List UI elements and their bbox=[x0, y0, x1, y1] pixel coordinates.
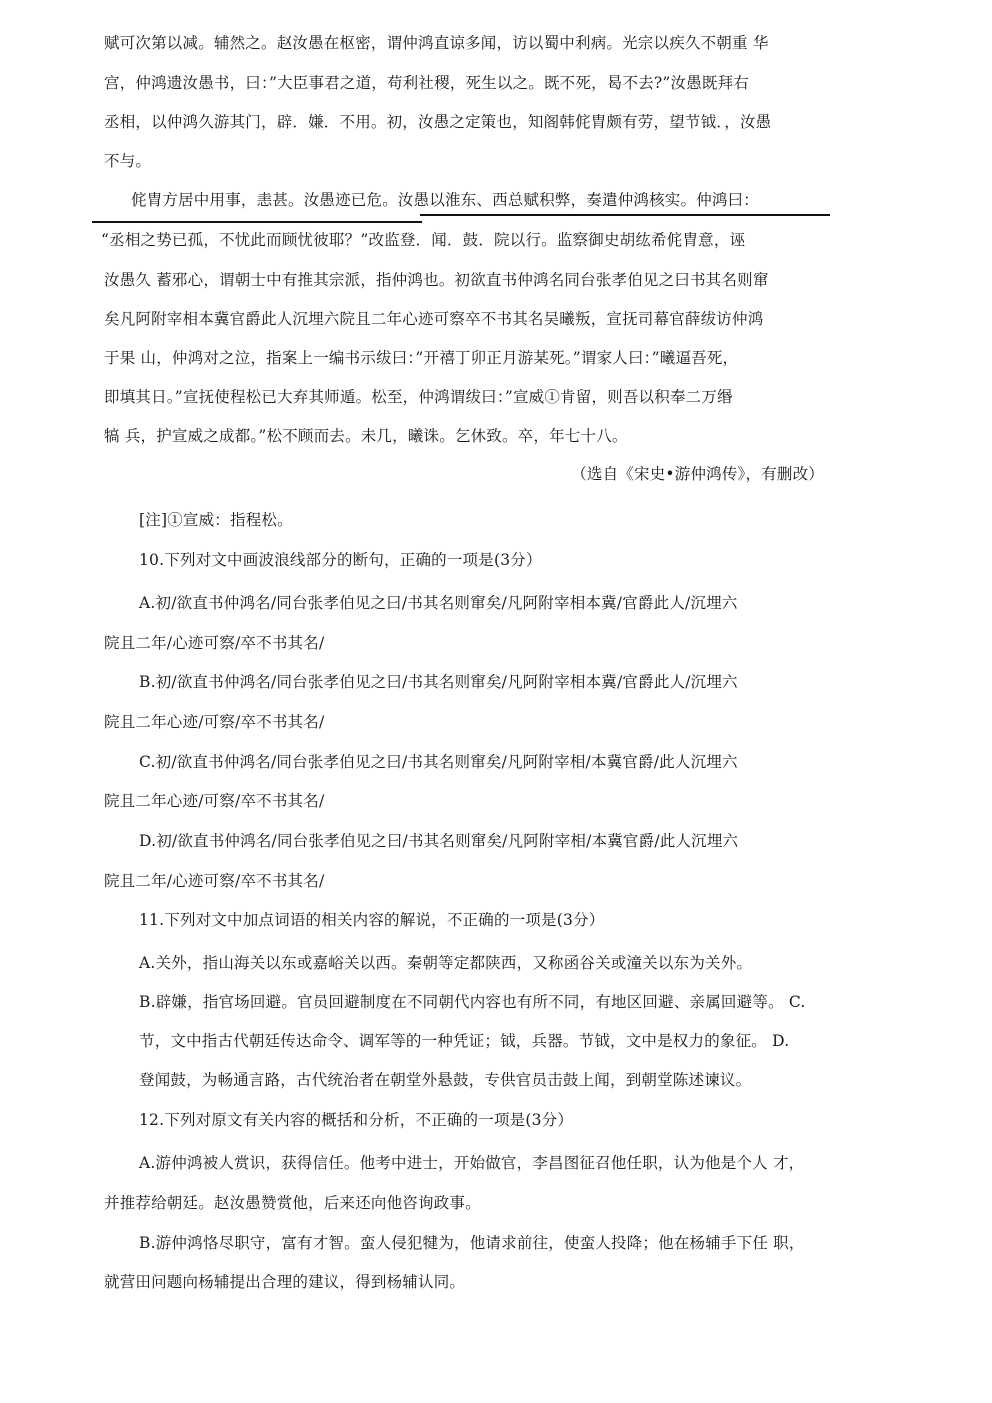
wavy-underline-mark bbox=[92, 221, 422, 223]
question-stem: 11.下列对文中加点词语的相关内容的解说，不正确的一项是(3分） bbox=[139, 910, 604, 930]
option-c-line-1: C.初/欲直书仲鸿名/同台张孝伯见之曰/书其名则窜矣/凡阿附宰相/本冀官爵/此人… bbox=[139, 752, 738, 772]
footnote: [注]①宣威：指程松。 bbox=[139, 510, 293, 530]
passage-line: 宫，仲鸿遗汝愚书，曰：”大臣事君之道，苟利社稷，死生以之。既不死，曷不去?”汝愚… bbox=[104, 73, 749, 93]
passage-line: 汝愚久 蓄邪心，谓朝士中有推其宗派，指仲鸿也。初欲直书仲鸿名同台张孝伯见之曰书其… bbox=[104, 270, 769, 290]
option-a-line-2: 并推荐给朝廷。赵汝愚赞赏他，后来还向他咨询政事。 bbox=[104, 1193, 481, 1213]
question-stem: 10.下列对文中画波浪线部分的断句，正确的一项是(3分） bbox=[139, 550, 542, 570]
passage-line: 赋可次第以减。辅然之。赵汝愚在枢密，谓仲鸿直谅多闻，访以蜀中利病。光宗以疾久不朝… bbox=[104, 33, 769, 53]
option-a-line-1: A.游仲鸿被人赏识，获得信任。他考中进士，开始做官，李昌图征召他任职，认为他是个… bbox=[139, 1153, 804, 1173]
option-c-line-2: 院且二年心迹/可察/卒不书其名/ bbox=[104, 791, 324, 811]
option-d-line-2: 院且二年/心迹可察/卒不书其名/ bbox=[104, 871, 324, 891]
option-a-line-1: A.初/欲直书仲鸿名/同台张孝伯见之曰/书其名则窜矣/凡阿附宰相本冀/官爵此人/… bbox=[139, 593, 738, 613]
option-b-line-2: 院且二年心迹/可察/卒不书其名/ bbox=[104, 712, 324, 732]
passage-line: 矣凡阿附宰相本冀官爵此人沉埋六院且二年心迹可察卒不书其名吴曦叛，宣抚司幕官薛绂访… bbox=[104, 309, 763, 329]
question-stem: 12.下列对原文有关内容的概括和分析，不正确的一项是(3分） bbox=[139, 1110, 573, 1130]
passage-line: 犒 兵，护宣威之成都。”松不顾而去。未几，曦诛。乞休致。卒，年七十八。 bbox=[104, 426, 628, 446]
passage-line: 于果 山，仲鸿对之泣，指案上一编书示绂曰：”开禧丁卯正月游某死。”谓家人曰：”曦… bbox=[104, 348, 738, 368]
passage-line: 丞相，以仲鸿久游其门，辟．嫌．不用。初，汝愚之定策也，知阁韩侂胄颇有劳，望节钺．… bbox=[104, 112, 771, 132]
passage-line: 不与。 bbox=[104, 151, 151, 171]
passage-line: “丞相之势已孤，不忧此而顾忧彼耶？”改监登．闻．鼓．院以行。监察御史胡纮希侂胄意… bbox=[101, 230, 745, 250]
option-a-line-2: 院且二年/心迹可察/卒不书其名/ bbox=[104, 633, 324, 653]
option-line: 节，文中指古代朝廷传达命令、调军等的一种凭证；钺，兵器。节钺，文中是权力的象征。… bbox=[139, 1031, 789, 1051]
option-d-line-1: D.初/欲直书仲鸿名/同台张孝伯见之曰/书其名则窜矣/凡阿附宰相/本冀官爵/此人… bbox=[139, 831, 738, 851]
passage-line: 即填其日。”宣抚使程松已大弃其师遁。松至，仲鸿谓绂曰：”宣威①肯留，则吾以积奉二… bbox=[104, 387, 733, 407]
option-b-line-1: B.游仲鸿恪尽职守，富有才智。蛮人侵犯犍为，他请求前往，使蛮人投降；他在杨辅手下… bbox=[139, 1233, 805, 1253]
option-line: A.关外，指山海关以东或嘉峪关以西。秦朝等定都陕西，又称函谷关或潼关以东为关外。 bbox=[139, 953, 752, 973]
passage-line: 侂胄方居中用事，恚甚。汝愚迹已危。汝愚以淮东、西总赋积弊，奏遣仲鸿核实。仲鸿曰： bbox=[131, 190, 759, 210]
source-citation: （选自《宋史•游仲鸿传》，有删改） bbox=[571, 464, 824, 484]
option-b-line-2: 就营田问题向杨辅提出合理的建议，得到杨辅认同。 bbox=[104, 1272, 465, 1292]
option-line: B.辟嫌，指官场回避。官员回避制度在不同朝代内容也有所不同，有地区回避、亲属回避… bbox=[139, 992, 805, 1012]
option-b-line-1: B.初/欲直书仲鸿名/同台张孝伯见之曰/书其名则窜矣/凡阿附宰相本冀/官爵此人/… bbox=[139, 672, 738, 692]
wavy-underline-mark bbox=[420, 214, 830, 216]
option-line: 登闻鼓，为畅通言路，古代统治者在朝堂外悬鼓，专供官员击鼓上闻，到朝堂陈述谏议。 bbox=[139, 1070, 751, 1090]
